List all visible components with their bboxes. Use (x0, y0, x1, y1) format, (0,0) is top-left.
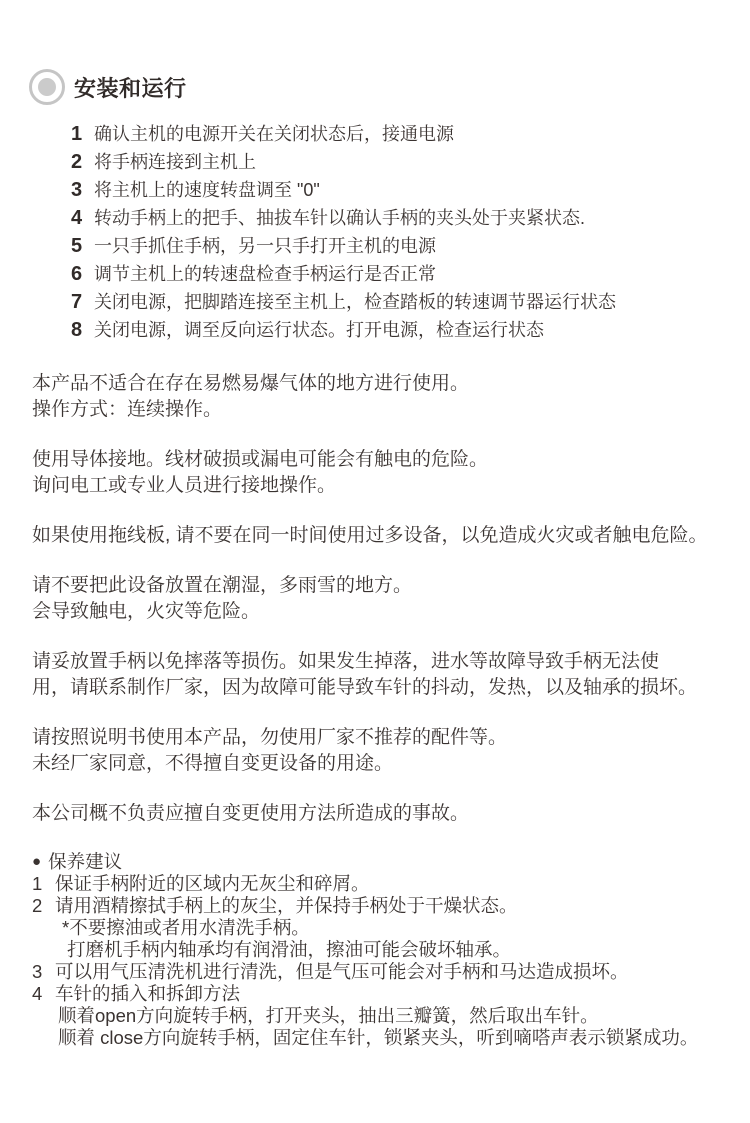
step-item: 7 关闭电源，把脚踏连接至主机上，检查踏板的转速调节器运行状态 (71, 288, 750, 316)
maintenance-line: 4 车针的插入和拆卸方法 (32, 983, 736, 1005)
paragraph-line: 本产品不适合在存在易燃易爆气体的地方进行使用。 (32, 371, 736, 397)
step-number: 8 (71, 319, 85, 342)
step-number: 5 (71, 235, 85, 258)
paragraph-line: 询问电工或专业人员进行接地操作。 (32, 473, 736, 499)
maintenance-text: 可以用气压清洗机进行清洗，但是气压可能会对手柄和马达造成损坏。 (55, 961, 629, 983)
step-number: 6 (71, 263, 85, 286)
maintenance-subline: *不要擦油或者用水清洗手柄。 (32, 917, 736, 939)
step-number: 7 (71, 291, 85, 314)
maintenance-section: ● 保养建议 1 保证手柄附近的区域内无灰尘和碎屑。 2 请用酒精擦拭手柄上的灰… (32, 851, 736, 1049)
paragraph-line: 如果使用拖线板, 请不要在同一时间使用过多设备，以免造成火灾或者触电危险。 (32, 523, 736, 549)
maintenance-number: 1 (32, 873, 47, 895)
maintenance-text: 保证手柄附近的区域内无灰尘和碎屑。 (55, 873, 370, 895)
maintenance-number: 4 (32, 983, 47, 1005)
step-item: 5 一只手抓住手柄，另一只手打开主机的电源 (71, 232, 750, 260)
manual-page: 安装和运行 1 确认主机的电源开关在关闭状态后，接通电源 2 将手柄连接到主机上… (0, 0, 750, 1049)
step-item: 2 将手柄连接到主机上 (71, 148, 750, 176)
step-item: 6 调节主机上的转速盘检查手柄运行是否正常 (71, 260, 750, 288)
maintenance-line: 1 保证手柄附近的区域内无灰尘和碎屑。 (32, 873, 736, 895)
step-number: 4 (71, 207, 85, 230)
paragraph: 如果使用拖线板, 请不要在同一时间使用过多设备，以免造成火灾或者触电危险。 (32, 523, 736, 549)
step-item: 8 关闭电源，调至反向运行状态。打开电源，检查运行状态 (71, 316, 750, 344)
maintenance-heading: ● 保养建议 (32, 851, 736, 873)
step-number: 2 (71, 151, 85, 174)
maintenance-subline: 顺着open方向旋转手柄，打开夹头，抽出三瓣簧，然后取出车针。 (32, 1005, 736, 1027)
maintenance-text: *不要擦油或者用水清洗手柄。 (32, 917, 310, 939)
maintenance-number: 2 (32, 895, 47, 917)
paragraph: 请不要把此设备放置在潮湿，多雨雪的地方。 会导致触电，火灾等危险。 (32, 573, 736, 625)
step-text: 确认主机的电源开关在关闭状态后，接通电源 (94, 120, 454, 146)
step-item: 3 将主机上的速度转盘调至 "0" (71, 176, 750, 204)
paragraph: 本公司概不负责应擅自变更使用方法所造成的事故。 (32, 801, 736, 827)
maintenance-number: 3 (32, 961, 47, 983)
step-text: 转动手柄上的把手、抽拔车针以确认手柄的夹头处于夹紧状态. (94, 204, 585, 230)
paragraph-line: 请按照说明书使用本产品，勿使用厂家不推荐的配件等。 (32, 725, 736, 751)
paragraph-line: 本公司概不负责应擅自变更使用方法所造成的事故。 (32, 801, 736, 827)
paragraph-line: 操作方式：连续操作。 (32, 397, 736, 423)
maintenance-text: 顺着 close方向旋转手柄，固定住车针，锁紧夹头，听到嘀嗒声表示锁紧成功。 (32, 1027, 698, 1049)
paragraph-line: 未经厂家同意，不得擅自变更设备的用途。 (32, 751, 736, 777)
paragraph: 本产品不适合在存在易燃易爆气体的地方进行使用。 操作方式：连续操作。 (32, 371, 736, 423)
step-text: 关闭电源，调至反向运行状态。打开电源，检查运行状态 (94, 316, 544, 342)
paragraph-line: 请妥放置手柄以免摔落等损伤。如果发生掉落，进水等故障导致手柄无法使 (32, 649, 736, 675)
warning-paragraphs: 本产品不适合在存在易燃易爆气体的地方进行使用。 操作方式：连续操作。 使用导体接… (32, 371, 736, 827)
bullet-dot-icon: ● (32, 851, 41, 873)
maintenance-line: 2 请用酒精擦拭手柄上的灰尘，并保持手柄处于干燥状态。 (32, 895, 736, 917)
step-text: 一只手抓住手柄，另一只手打开主机的电源 (94, 232, 436, 258)
paragraph: 请妥放置手柄以免摔落等损伤。如果发生掉落，进水等故障导致手柄无法使 用，请联系制… (32, 649, 736, 701)
step-text: 关闭电源，把脚踏连接至主机上，检查踏板的转速调节器运行状态 (94, 288, 616, 314)
circle-dot-icon-inner (38, 78, 56, 96)
maintenance-line: 3 可以用气压清洗机进行清洗，但是气压可能会对手柄和马达造成损坏。 (32, 961, 736, 983)
step-number: 1 (71, 123, 85, 146)
step-text: 将手柄连接到主机上 (94, 148, 256, 174)
paragraph: 使用导体接地。线材破损或漏电可能会有触电的危险。 询问电工或专业人员进行接地操作… (32, 447, 736, 499)
installation-steps-list: 1 确认主机的电源开关在关闭状态后，接通电源 2 将手柄连接到主机上 3 将主机… (0, 120, 750, 344)
maintenance-text: 顺着open方向旋转手柄，打开夹头，抽出三瓣簧，然后取出车针。 (32, 1005, 599, 1027)
step-item: 4 转动手柄上的把手、抽拔车针以确认手柄的夹头处于夹紧状态. (71, 204, 750, 232)
section-header: 安装和运行 (29, 0, 750, 105)
maintenance-subline: 打磨机手柄内轴承均有润滑油，擦油可能会破坏轴承。 (32, 939, 736, 961)
paragraph-line: 会导致触电，火灾等危险。 (32, 599, 736, 625)
paragraph-line: 使用导体接地。线材破损或漏电可能会有触电的危险。 (32, 447, 736, 473)
step-item: 1 确认主机的电源开关在关闭状态后，接通电源 (71, 120, 750, 148)
circle-dot-icon (29, 69, 65, 105)
maintenance-subline: 顺着 close方向旋转手柄，固定住车针，锁紧夹头，听到嘀嗒声表示锁紧成功。 (32, 1027, 736, 1049)
paragraph-line: 请不要把此设备放置在潮湿，多雨雪的地方。 (32, 573, 736, 599)
maintenance-text: 打磨机手柄内轴承均有润滑油，擦油可能会破坏轴承。 (32, 939, 511, 961)
section-title: 安装和运行 (74, 72, 187, 103)
step-text: 调节主机上的转速盘检查手柄运行是否正常 (94, 260, 436, 286)
paragraph: 请按照说明书使用本产品，勿使用厂家不推荐的配件等。 未经厂家同意，不得擅自变更设… (32, 725, 736, 777)
maintenance-text: 车针的插入和拆卸方法 (55, 983, 240, 1005)
step-number: 3 (71, 179, 85, 202)
paragraph-line: 用，请联系制作厂家，因为故障可能导致车针的抖动，发热，以及轴承的损坏。 (32, 675, 736, 701)
step-text: 将主机上的速度转盘调至 "0" (94, 176, 320, 202)
maintenance-title: 保养建议 (48, 851, 122, 873)
maintenance-text: 请用酒精擦拭手柄上的灰尘，并保持手柄处于干燥状态。 (55, 895, 518, 917)
